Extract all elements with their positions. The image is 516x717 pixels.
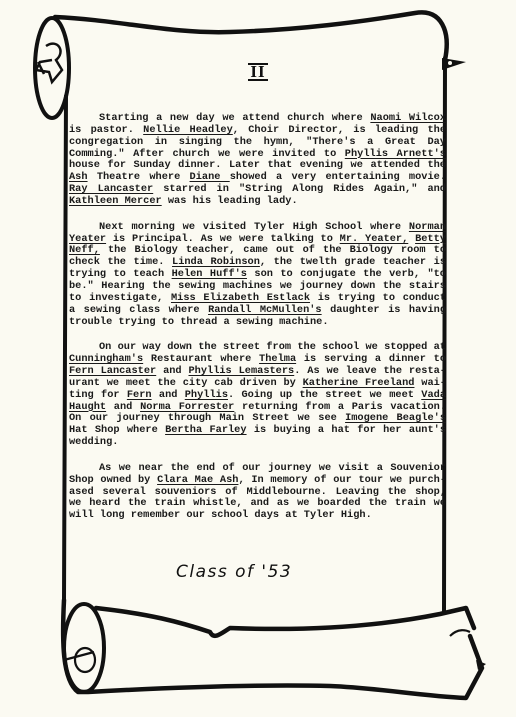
underlined-name: Ray Lancaster <box>69 183 153 195</box>
underlined-name: Katherine Freeland <box>303 377 415 389</box>
chapter-heading: II <box>0 62 516 82</box>
text-line: will long remember our school days at Ty… <box>69 510 446 522</box>
text-segment: check the time. <box>69 256 172 268</box>
text-line: Kathleen Mercer was his leading lady. <box>69 196 446 208</box>
underlined-name: Imogene Beagle's <box>345 412 446 424</box>
underlined-name: Kathleen Mercer <box>69 195 162 207</box>
text-segment: and <box>152 389 185 401</box>
underlined-name: Norma Forrester <box>140 401 234 413</box>
text-segment: is serving a dinner to <box>296 353 446 365</box>
text-segment: is trying to conduct <box>310 292 446 304</box>
text-segment: Shop owned by <box>69 474 157 486</box>
underlined-name: Fern Lancaster <box>69 365 156 377</box>
underlined-name: Phyllis Lemasters <box>188 365 294 377</box>
class-signature: Class of '53 <box>176 562 292 582</box>
paragraph: Next morning we visited Tyler High Schoo… <box>69 222 446 329</box>
text-segment: will long remember our school days at Ty… <box>69 509 372 521</box>
text-segment: Starting a new day we attend church wher… <box>99 112 370 124</box>
text-segment: ased several souveniors of Middlebourne.… <box>69 486 446 498</box>
text-segment: is pastor. <box>69 124 143 136</box>
text-segment: was his leading lady. <box>162 195 298 207</box>
text-segment: wedding. <box>69 436 118 448</box>
text-segment: urant we meet the city cab driven by <box>69 377 303 389</box>
underlined-name: Ash <box>69 171 88 183</box>
text-segment: , In memory of our tour we purch- <box>238 474 446 486</box>
underlined-name: Diane <box>190 171 230 183</box>
paragraph: As we near the end of our journey we vis… <box>69 463 446 522</box>
text-segment: is Principal. As we were talking to <box>106 233 340 245</box>
underlined-name: Randall McMullen's <box>208 304 322 316</box>
paragraph: Starting a new day we attend church wher… <box>69 113 446 208</box>
text-segment: ting for <box>69 389 127 401</box>
underlined-name: Nellie Headley <box>143 124 233 136</box>
text-segment: wai- <box>414 377 446 389</box>
underlined-name: Clara Mae Ash <box>157 474 238 486</box>
text-line: Hat Shop where Bertha Farley is buying a… <box>69 425 446 437</box>
underlined-name: Neff, <box>69 244 100 256</box>
text-segment: showed a very entertaining movie. <box>230 171 446 183</box>
text-segment: Theatre where <box>88 171 190 183</box>
text-segment: trying to teach <box>69 268 172 280</box>
text-segment: , the twelth grade teacher is <box>260 256 446 268</box>
text-segment: the Biology teacher, came out of the Bio… <box>100 244 446 256</box>
text-segment: house for Sunday dinner. Later that even… <box>69 159 446 171</box>
text-segment: . As we leave the resta- <box>294 365 446 377</box>
underlined-name: Cunningham's <box>69 353 143 365</box>
text-segment: and <box>156 365 188 377</box>
underlined-name: Phyllis Arnett's <box>345 148 446 160</box>
text-segment: Next morning we visited Tyler High Schoo… <box>99 221 409 233</box>
text-line: wedding. <box>69 437 446 449</box>
underlined-name: Fern <box>127 389 152 401</box>
underlined-name: Betty <box>415 233 446 245</box>
text-segment: be." Hearing the sewing machines we jour… <box>69 280 446 292</box>
text-line: trouble trying to thread a sewing machin… <box>69 317 446 329</box>
text-segment: starred in "String Along Rides Again," a… <box>153 183 446 195</box>
underlined-name: Norman <box>409 221 446 233</box>
underlined-name: Bertha Farley <box>165 424 246 436</box>
text-segment: we heard the train whistle, and as we bo… <box>69 497 446 509</box>
text-segment: , Choir Director, is leading the <box>233 124 446 136</box>
underlined-name: Thelma <box>259 353 296 365</box>
text-segment: a sewing class where <box>69 304 208 316</box>
underlined-name: Vada <box>421 389 446 401</box>
text-segment: . Going up the street we meet <box>228 389 421 401</box>
text-segment: Hat Shop where <box>69 424 165 436</box>
text-segment: to investigate, <box>69 292 171 304</box>
underlined-name: Naomi Wilcox <box>370 112 446 124</box>
text-segment: On our way down the street from the scho… <box>99 341 446 353</box>
underlined-name: Haught <box>69 401 106 413</box>
text-segment: Restaurant where <box>143 353 259 365</box>
text-segment: son to conjugate the verb, "to <box>247 268 446 280</box>
text-segment: Comming." After church we were invited t… <box>69 148 345 160</box>
text-segment: daughter is having <box>322 304 446 316</box>
paragraph: On our way down the street from the scho… <box>69 342 446 449</box>
underlined-name: Yeater <box>69 233 106 245</box>
text-segment: is buying a hat for her aunt's <box>247 424 446 436</box>
text-segment: On our journey through Main Street we se… <box>69 412 345 424</box>
text-segment: returning from a Paris vacation. <box>234 401 446 413</box>
text-segment: congregation in singing the hymn, "There… <box>69 136 446 148</box>
text-segment: and <box>106 401 140 413</box>
typewritten-body: Starting a new day we attend church wher… <box>69 113 446 536</box>
underlined-name: Mr. Yeater, <box>340 233 409 245</box>
underlined-name: Miss Elizabeth Estlack <box>171 292 310 304</box>
underlined-name: Helen Huff's <box>172 268 247 280</box>
underlined-name: Linda Robinson <box>172 256 260 268</box>
text-segment: As we near the end of our journey we vis… <box>99 462 446 474</box>
text-segment: trouble trying to thread a sewing machin… <box>69 316 329 328</box>
underlined-name: Phyllis <box>185 389 228 401</box>
